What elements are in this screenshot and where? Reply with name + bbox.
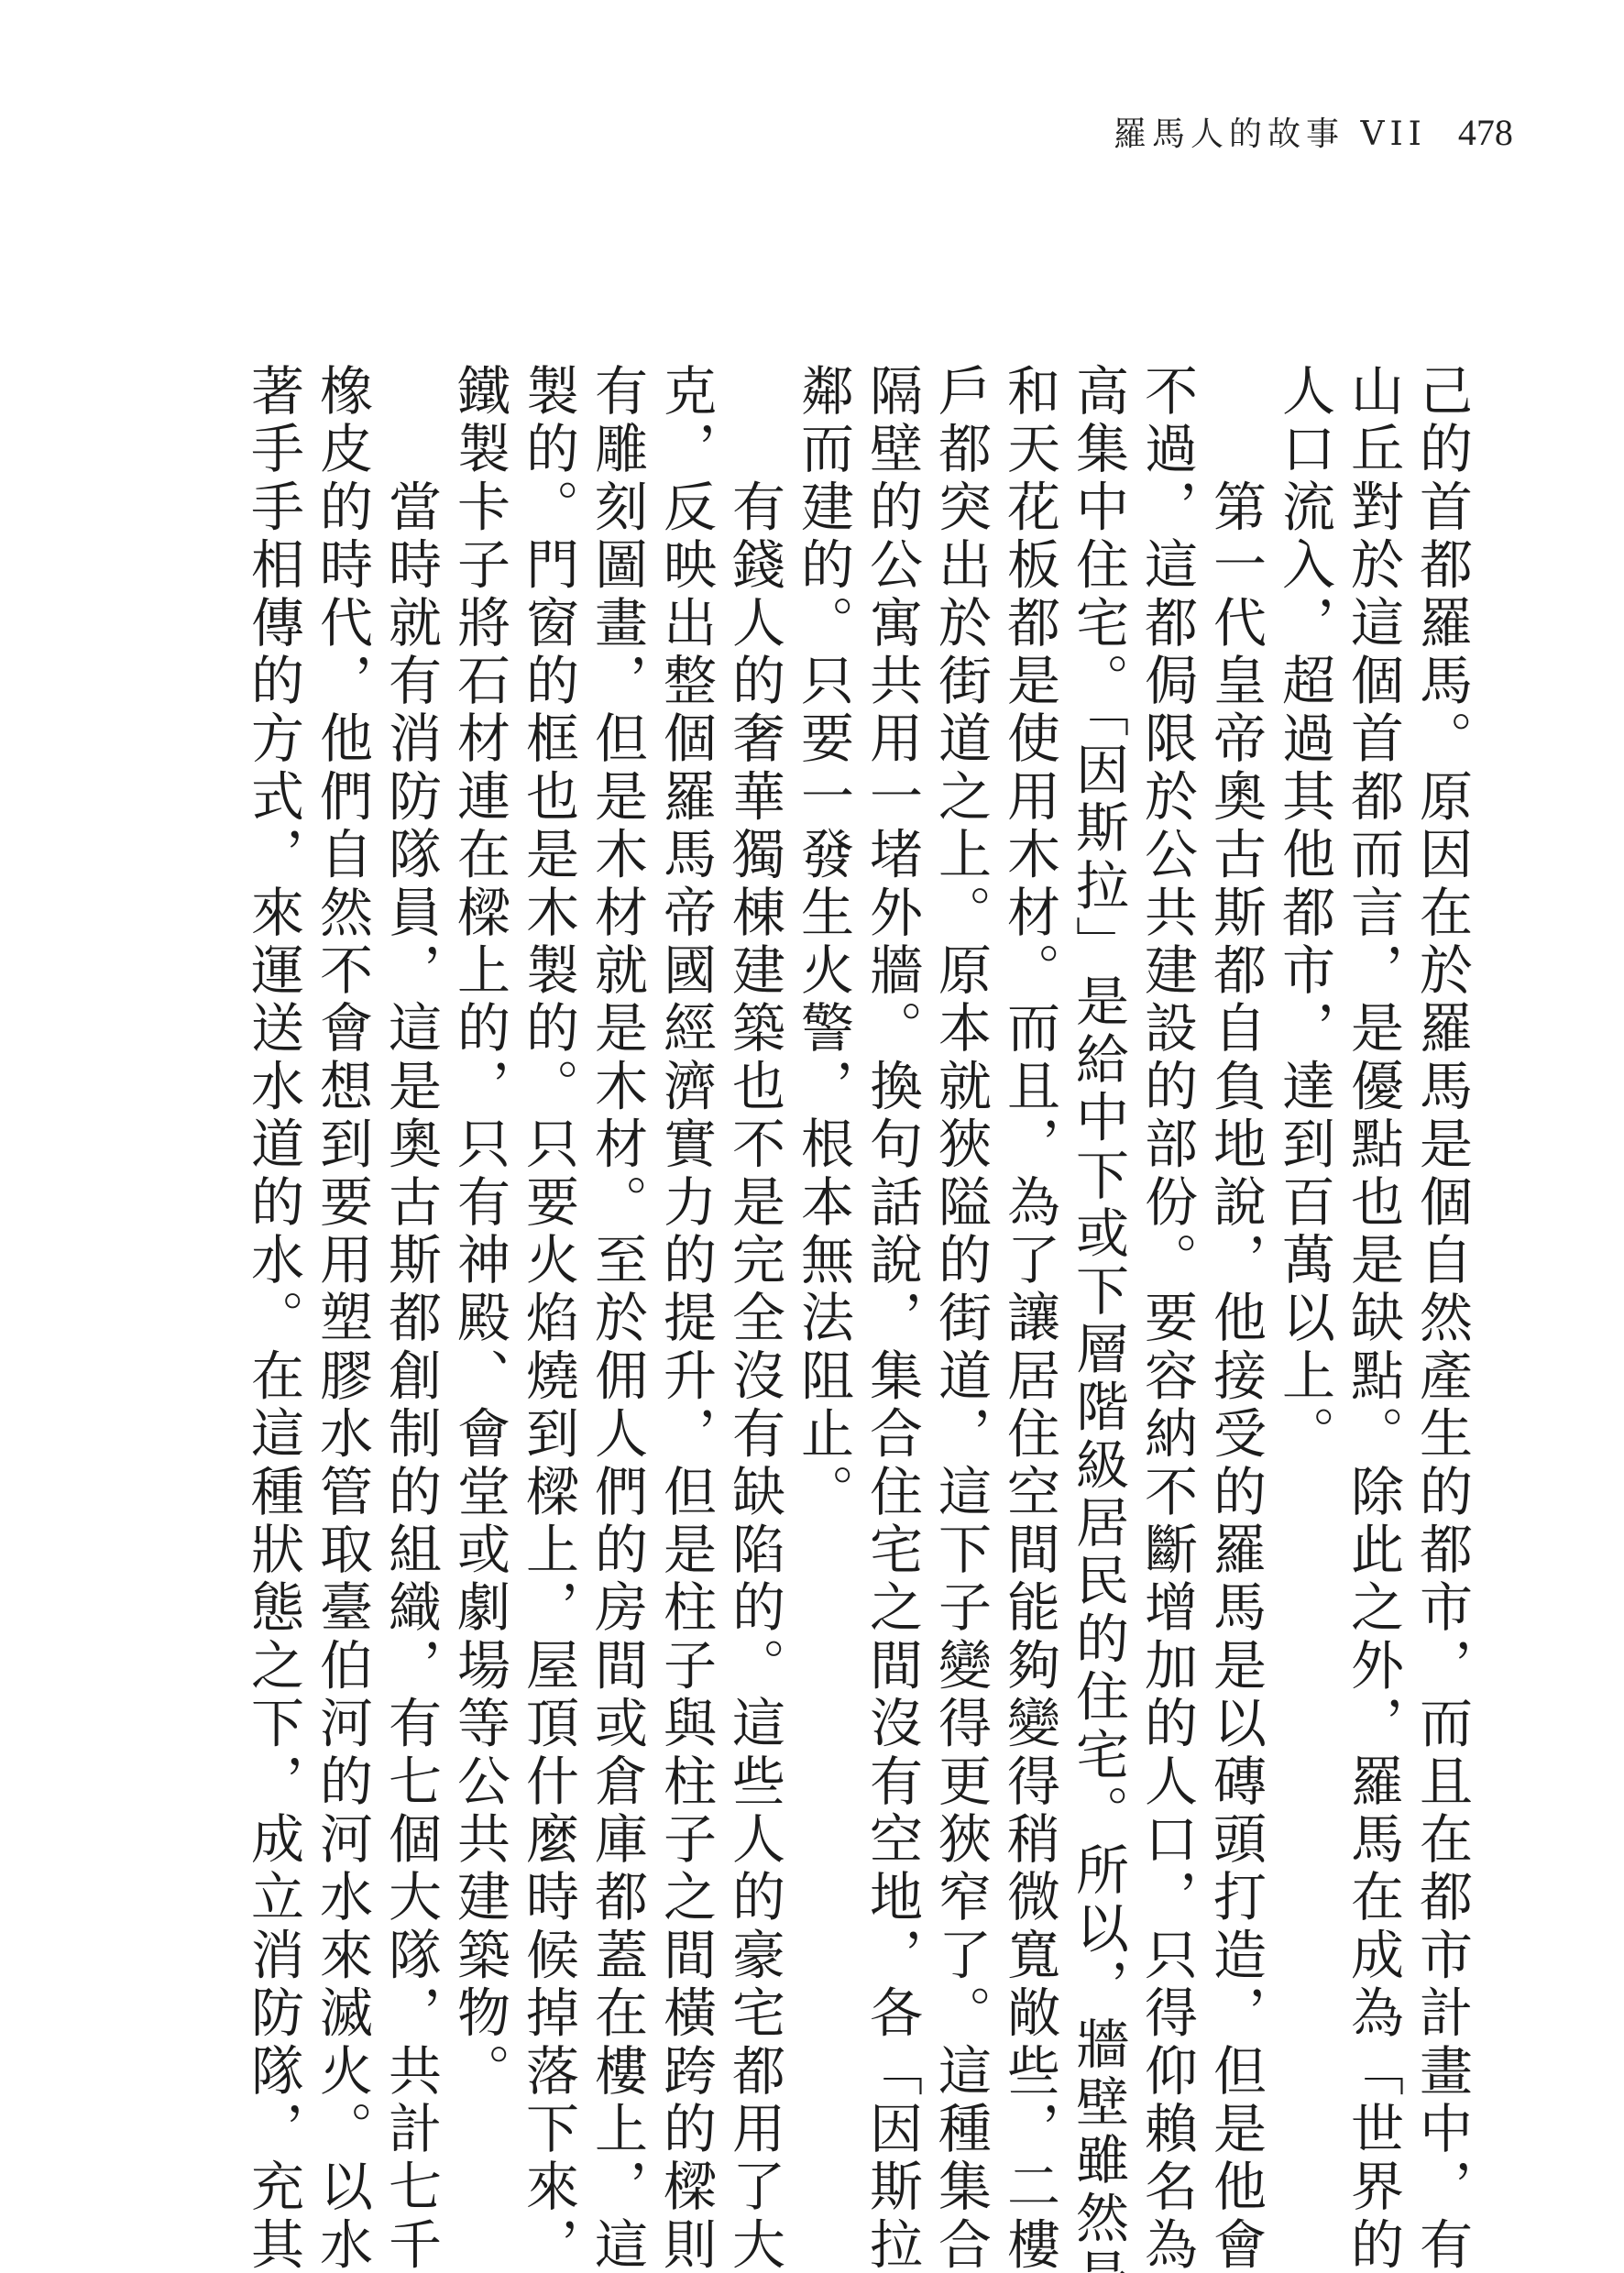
- vertical-text-body: 己的首都羅馬。原因在於羅馬是個自然產生的都市，而且在都市計畫中，有七座山丘，而這…: [192, 363, 1476, 2086]
- text-column: 人口流入，超過其他都市，達到百萬以上。: [1269, 363, 1338, 2086]
- text-column: 不過，這都侷限於公共建設的部份。要容納不斷增加的人口，只得仰賴名為因斯拉的五、六…: [1132, 363, 1201, 2086]
- text-column: 鐵製卡子將石材連在樑上的，只有神殿、會堂或劇場等公共建築物。: [444, 363, 513, 2086]
- page-number: 478: [1458, 111, 1513, 154]
- text-column: 第一代皇帝奧古斯都自負地說，他接受的羅馬是以磚頭打造，但是他會留下大理石的羅馬，: [1201, 363, 1269, 2086]
- text-column: 戶都突出於街道之上。原本就狹隘的街道，這下子變得更狹窄了。這種集合住宅公寓，往往…: [926, 363, 994, 2086]
- text-column: 鄰而建的。只要一發生火警，根本無法阻止。: [788, 363, 857, 2086]
- text-column: 隔壁的公寓共用一堵外牆。換句話說，集合住宅之間沒有空地，各「因斯拉」是緊貼著牆壁…: [857, 363, 926, 2086]
- text-column: 著手手相傳的方式，來運送水道的水。在這種狀態之下，成立消防隊，充其量只是為了防止…: [238, 363, 307, 2086]
- text-column: 和天花板都是使用木材。而且，為了讓居住空間能夠變得稍微寬敞些，二樓以上大多是挑窗…: [994, 363, 1063, 2086]
- text-column: 橡皮的時代，他們自然不會想到要用塑膠水管取臺伯河的河水來滅火。以水滅火的作業，只…: [307, 363, 376, 2086]
- text-column: 己的首都羅馬。原因在於羅馬是個自然產生的都市，而且在都市計畫中，有七座山丘，而這…: [1407, 363, 1476, 2086]
- text-column: 山丘對於這個首都而言，是優點也是缺點。除此之外，羅馬在成為「世界的首都」之後，大…: [1338, 363, 1407, 2086]
- text-column: 製的。門窗的框也是木製的。只要火焰燒到樑上，屋頂什麼時候掉落下來，只是時間的問題…: [513, 363, 582, 2086]
- text-column: 克，反映出整個羅馬帝國經濟實力的提升，但是柱子與柱子之間橫跨的樑則是木製的。上頭…: [651, 363, 719, 2086]
- text-column: 高集中住宅。「因斯拉」是給中下或下層階級居民的住宅。所以，牆壁雖然是石造的，但是…: [1063, 363, 1132, 2086]
- book-title: 羅馬人的故事 VII: [1114, 108, 1427, 155]
- text-column: 有雕刻圖畫，但是木材就是木材。至於佣人們的房間或倉庫都蓋在樓上，這些地方的地板也…: [582, 363, 651, 2086]
- text-column: 當時就有消防隊員，這是奧古斯都創制的組織，有七個大隊，共計七千人。但是，在那沒有: [376, 363, 444, 2086]
- running-header: 羅馬人的故事 VII 478: [1114, 108, 1513, 152]
- text-column: 有錢人的奢華獨棟建築也不是完全沒有缺陷的。這些人的豪宅都用了大量的大理石或馬賽: [719, 363, 788, 2086]
